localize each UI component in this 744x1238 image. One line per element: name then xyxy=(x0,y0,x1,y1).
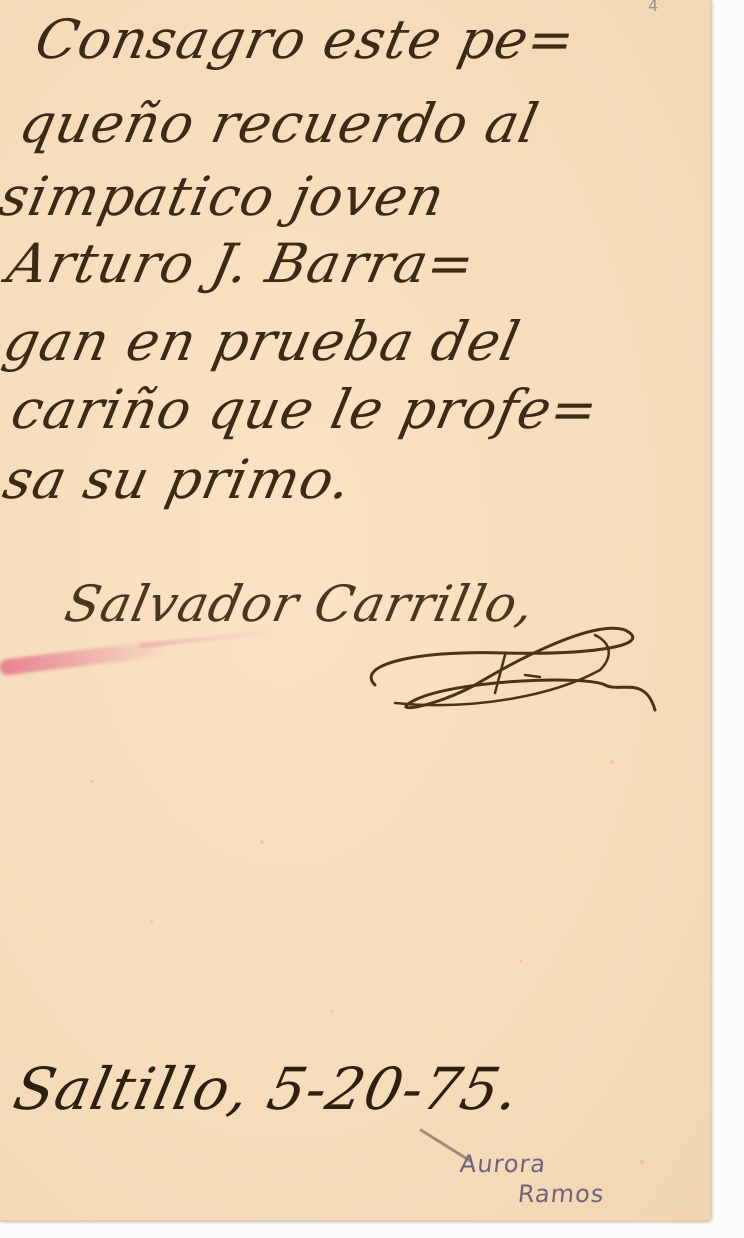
page-number-mark: 4 xyxy=(648,0,658,15)
signature-flourish-icon xyxy=(355,615,665,725)
place-and-date: Saltillo, 5-20-75. xyxy=(8,1055,526,1123)
dedication-line-6: cariño que le profe= xyxy=(6,378,604,441)
pencil-annotation-last-name: Ramos xyxy=(517,1180,606,1208)
dedication-line-2: queño recuerdo al xyxy=(14,92,544,155)
pencil-annotation-first-name: Aurora xyxy=(459,1150,548,1178)
foxing-spot xyxy=(330,1010,333,1013)
foxing-spot xyxy=(260,840,264,844)
paper-card: 4 Consagro este pe= queño recuerdo al si… xyxy=(0,0,712,1222)
foxing-spot xyxy=(610,760,614,764)
dedication-line-5: gan en prueba del xyxy=(0,310,526,373)
foxing-spot xyxy=(90,780,93,783)
foxing-spot xyxy=(150,920,153,923)
dedication-line-4: Arturo J. Barra= xyxy=(2,232,481,295)
dedication-line-3: simpatico joven xyxy=(0,165,451,228)
dedication-line-7: sa su primo. xyxy=(0,448,358,511)
dedication-line-1: Consagro este pe= xyxy=(30,8,581,71)
foxing-spot xyxy=(640,1160,644,1164)
page: 4 Consagro este pe= queño recuerdo al si… xyxy=(0,0,744,1238)
foxing-spot xyxy=(520,960,523,963)
